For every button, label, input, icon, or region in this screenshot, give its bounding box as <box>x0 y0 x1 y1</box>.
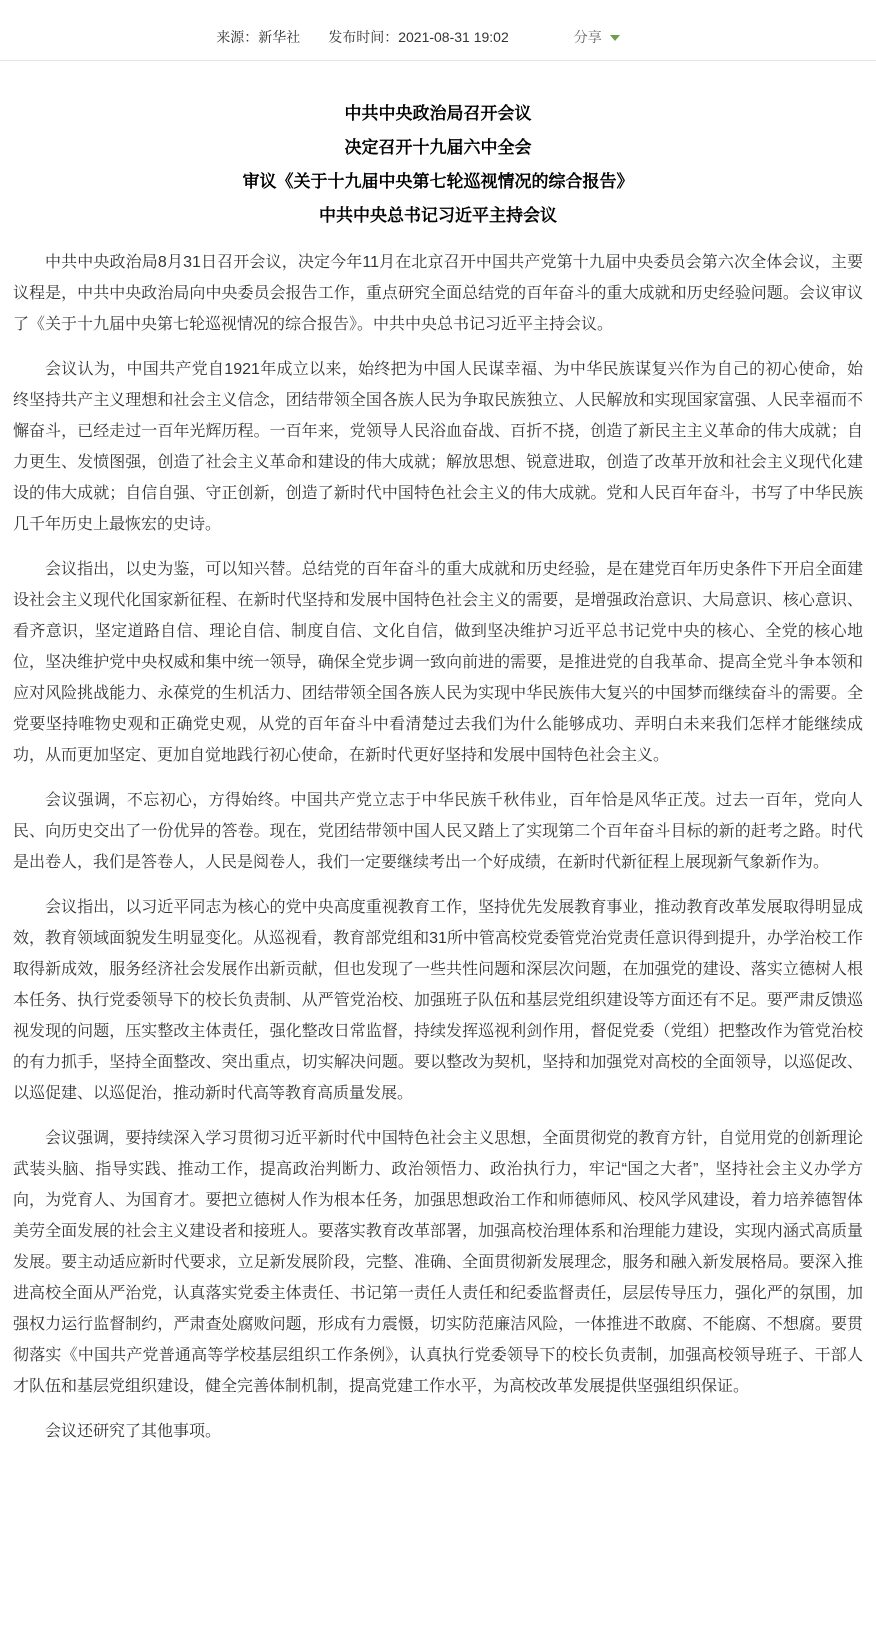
article-paragraph-3: 会议指出，以史为鉴，可以知兴替。总结党的百年奋斗的重大成就和历史经验，是在建党百… <box>13 554 863 771</box>
article-title: 中共中央政治局召开会议 决定召开十九届六中全会 审议《关于十九届中央第七轮巡视情… <box>13 97 863 233</box>
article-paragraph-1: 中共中央政治局8月31日召开会议，决定今年11月在北京召开中国共产党第十九届中央… <box>13 247 863 340</box>
article-paragraph-5: 会议指出，以习近平同志为核心的党中央高度重视教育工作，坚持优先发展教育事业，推动… <box>13 892 863 1109</box>
article-paragraph-2: 会议认为，中国共产党自1921年成立以来，始终把为中国人民谋幸福、为中华民族谋复… <box>13 354 863 540</box>
article-title-line-3: 审议《关于十九届中央第七轮巡视情况的综合报告》 <box>13 165 863 199</box>
article-meta-bar: 来源：新华社 发布时间：2021-08-31 19:02 分享 <box>0 0 876 61</box>
article-body: 中共中央政治局召开会议 决定召开十九届六中全会 审议《关于十九届中央第七轮巡视情… <box>0 61 876 1447</box>
chevron-down-icon <box>610 35 620 41</box>
article-title-line-2: 决定召开十九届六中全会 <box>13 131 863 165</box>
article-title-line-1: 中共中央政治局召开会议 <box>13 97 863 131</box>
share-button-label: 分享 <box>574 27 602 47</box>
article-title-line-4: 中共中央总书记习近平主持会议 <box>13 199 863 233</box>
article-paragraph-7: 会议还研究了其他事项。 <box>13 1416 863 1447</box>
article-text: 中共中央政治局8月31日召开会议，决定今年11月在北京召开中国共产党第十九届中央… <box>13 247 863 1447</box>
source-label: 来源：新华社 <box>216 27 300 47</box>
article-paragraph-4: 会议强调，不忘初心，方得始终。中国共产党立志于中华民族千秋伟业，百年恰是风华正茂… <box>13 785 863 878</box>
publish-time: 发布时间：2021-08-31 19:02 <box>328 27 509 47</box>
article-paragraph-6: 会议强调，要持续深入学习贯彻习近平新时代中国特色社会主义思想，全面贯彻党的教育方… <box>13 1123 863 1402</box>
share-button[interactable]: 分享 <box>574 27 620 47</box>
